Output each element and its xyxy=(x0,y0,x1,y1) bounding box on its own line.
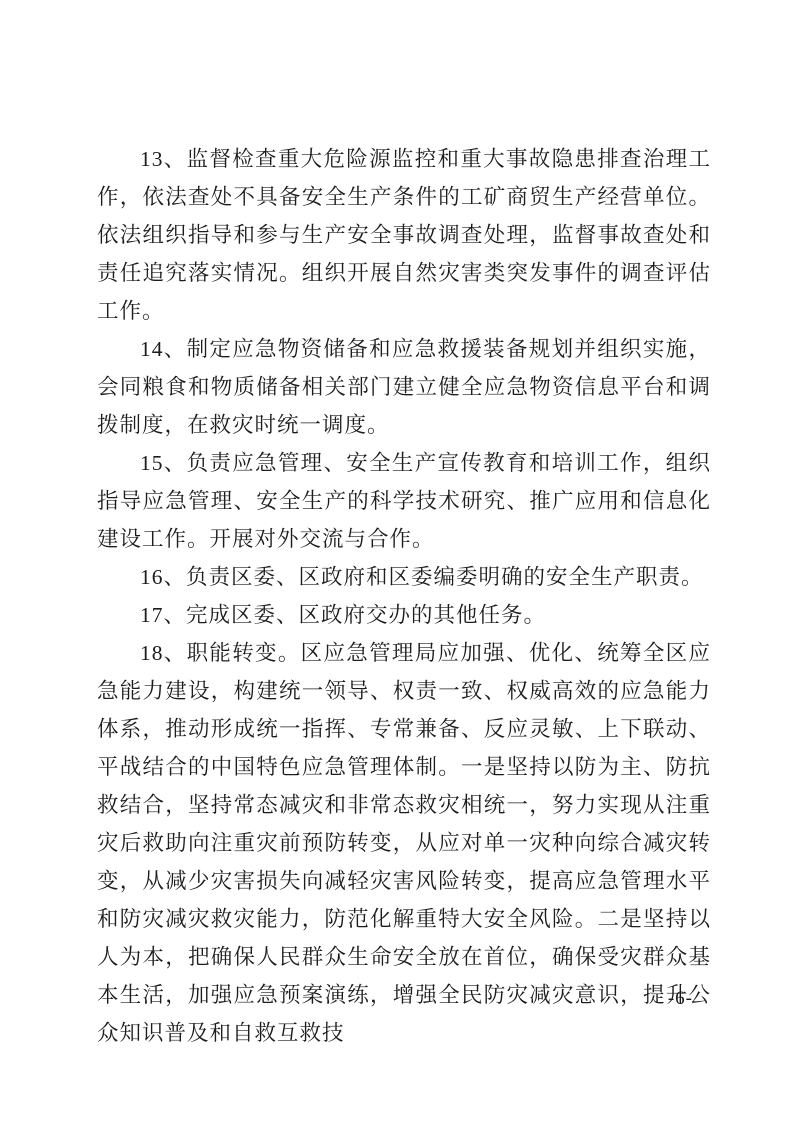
paragraph-item-14: 14、制定应急物资储备和应急救援装备规划并组织实施，会同粮食和物质储备相关部门建… xyxy=(97,330,711,444)
paragraph-item-18: 18、职能转变。区应急管理局应加强、优化、统筹全区应急能力建设，构建统一领导、权… xyxy=(97,634,711,1052)
paragraph-item-15: 15、负责应急管理、安全生产宣传教育和培训工作，组织指导应急管理、安全生产的科学… xyxy=(97,444,711,558)
paragraph-item-16: 16、负责区委、区政府和区委编委明确的安全生产职责。 xyxy=(97,558,711,596)
document-page: 13、监督检查重大危险源监控和重大事故隐患排查治理工作，依法查处不具备安全生产条… xyxy=(0,0,793,1122)
document-body: 13、监督检查重大危险源监控和重大事故隐患排查治理工作，依法查处不具备安全生产条… xyxy=(97,140,711,1052)
page-number: -6- xyxy=(668,988,693,1010)
paragraph-item-13: 13、监督检查重大危险源监控和重大事故隐患排查治理工作，依法查处不具备安全生产条… xyxy=(97,140,711,330)
paragraph-item-17: 17、完成区委、区政府交办的其他任务。 xyxy=(97,596,711,634)
